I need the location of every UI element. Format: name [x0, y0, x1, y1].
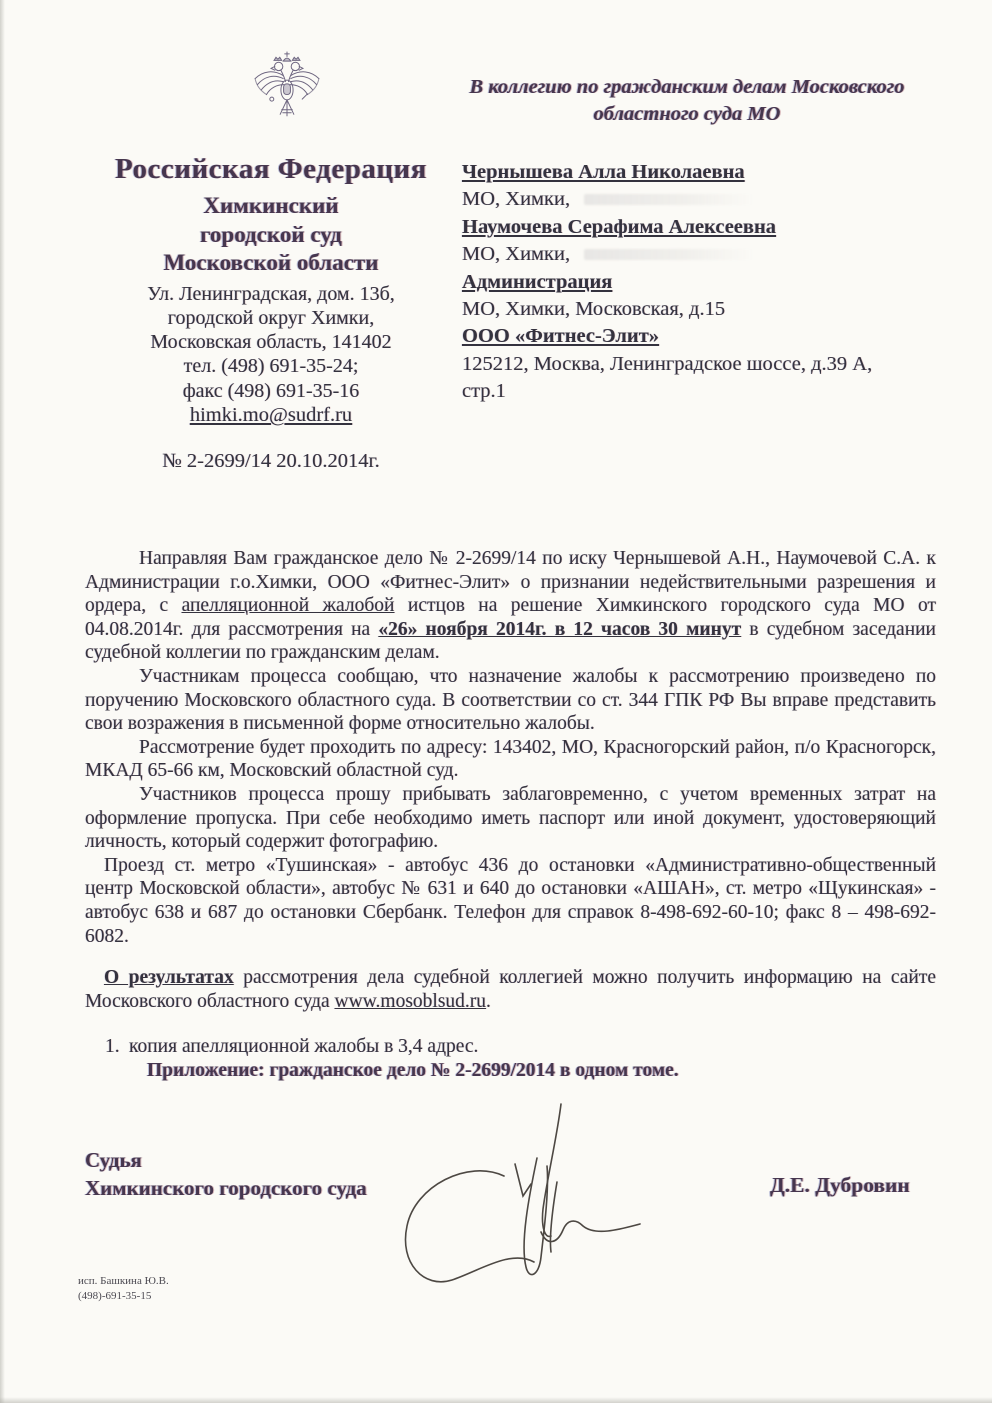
party-entry: Наумочева Серафима Алексеевна МО, Химки,	[462, 214, 912, 269]
court-email: himki.mo@sudrf.ru	[190, 404, 352, 426]
letterhead-recipient-block: В коллегию по гражданским делам Московск…	[462, 74, 912, 406]
court-name-line3: Московской области	[82, 249, 460, 278]
signer-title-line1: Судья	[85, 1146, 367, 1174]
letterhead-sender-block: Российская Федерация Химкинский городско…	[82, 153, 460, 473]
redacted-area	[584, 194, 754, 205]
party-name: Администрация	[462, 269, 912, 296]
results-lead-in: О результатах	[104, 967, 234, 988]
party-name: Чернышева Алла Николаевна	[462, 159, 912, 186]
court-phone: тел. (498) 691-35-24;	[82, 354, 460, 378]
attachment-line: Приложение: гражданское дело № 2-2699/20…	[85, 1059, 936, 1083]
addressee-line2: областного суда МО	[462, 101, 912, 128]
court-email-line: himki.mo@sudrf.ru	[82, 404, 460, 427]
country-title: Российская Федерация	[82, 153, 460, 185]
body-paragraph-forwarding: Направляя Вам гражданское дело № 2-2699/…	[85, 547, 936, 665]
party-entry: Администрация МО, Химки, Московская, д.1…	[462, 269, 912, 324]
body-paragraph-results: О результатах рассмотрения дела судебной…	[85, 966, 936, 1013]
scanned-court-letter: Российская Федерация Химкинский городско…	[0, 0, 992, 1403]
enclosure-item: 1. копия апелляционной жалобы в 3,4 адре…	[85, 1035, 936, 1059]
party-name: Наумочева Серафима Алексеевна	[462, 214, 912, 241]
enclosure-text: копия апелляционной жалобы в 3,4 адрес.	[129, 1035, 478, 1059]
signer-name: Д.Е. Дубровин	[770, 1173, 910, 1198]
addressee-court: В коллегию по гражданским делам Московск…	[462, 74, 912, 128]
party-address: МО, Химки,	[462, 241, 912, 268]
underlined-phrase-appeal: апелляционной жалобой	[182, 595, 395, 616]
party-address: 125212, Москва, Ленинградское шоссе, д.3…	[462, 351, 912, 378]
signer-title-line2: Химкинского городского суда	[85, 1174, 367, 1202]
party-address-line2: стр.1	[462, 378, 912, 405]
scan-edge-artifact	[0, 0, 5, 1403]
body-paragraph-venue: Рассмотрение будет проходить по адресу: …	[85, 736, 936, 783]
party-name: ООО «Фитнес-Элит»	[462, 323, 912, 350]
party-address: МО, Химки, Московская, д.15	[462, 296, 912, 323]
body-paragraph-notice: Участникам процесса сообщаю, что назначе…	[85, 665, 936, 736]
court-address-line3: Московская область, 141402	[82, 330, 460, 354]
executor-name: исп. Башкина Ю.В.	[78, 1274, 169, 1289]
body-paragraph-directions: Проезд ст. метро «Тушинская» - автобус 4…	[85, 854, 936, 948]
court-name-line2: городской суд	[82, 221, 460, 250]
party-address: МО, Химки,	[462, 186, 912, 213]
addressee-line1: В коллегию по гражданским делам Московск…	[462, 74, 912, 101]
enclosure-number: 1.	[85, 1035, 129, 1059]
letter-body: Направляя Вам гражданское дело № 2-2699/…	[85, 547, 936, 1082]
party-entry: ООО «Фитнес-Элит» 125212, Москва, Ленинг…	[462, 323, 912, 405]
executor-phone: (498)-691-35-15	[78, 1289, 169, 1304]
court-fax: факс (498) 691-35-16	[82, 379, 460, 403]
signer-title: Судья Химкинского городского суда	[85, 1146, 367, 1202]
russia-coat-of-arms-icon	[249, 50, 325, 130]
court-address-line1: Ул. Ленинградская, дом. 13б,	[82, 282, 460, 306]
hearing-date-time: «26» ноября 2014г. в 12 часов 30 минут	[378, 619, 741, 640]
court-name: Химкинский городской суд Московской обла…	[82, 192, 460, 278]
party-entry: Чернышева Алла Николаевна МО, Химки,	[462, 159, 912, 214]
executor-note: исп. Башкина Ю.В. (498)-691-35-15	[78, 1274, 169, 1304]
scan-edge-artifact-bottom	[0, 1397, 992, 1403]
court-website: www.mosoblsud.ru	[335, 991, 487, 1012]
body-paragraph-arrival: Участников процесса прошу прибывать забл…	[85, 783, 936, 854]
court-address: Ул. Ленинградская, дом. 13б, городской о…	[82, 282, 460, 403]
parties-list: Чернышева Алла Николаевна МО, Химки, Нау…	[462, 159, 912, 406]
case-number-and-date: № 2-2699/14 20.10.2014г.	[82, 450, 460, 473]
redacted-area	[584, 249, 754, 260]
court-address-line2: городской округ Химки,	[82, 306, 460, 330]
court-name-line1: Химкинский	[82, 192, 460, 221]
